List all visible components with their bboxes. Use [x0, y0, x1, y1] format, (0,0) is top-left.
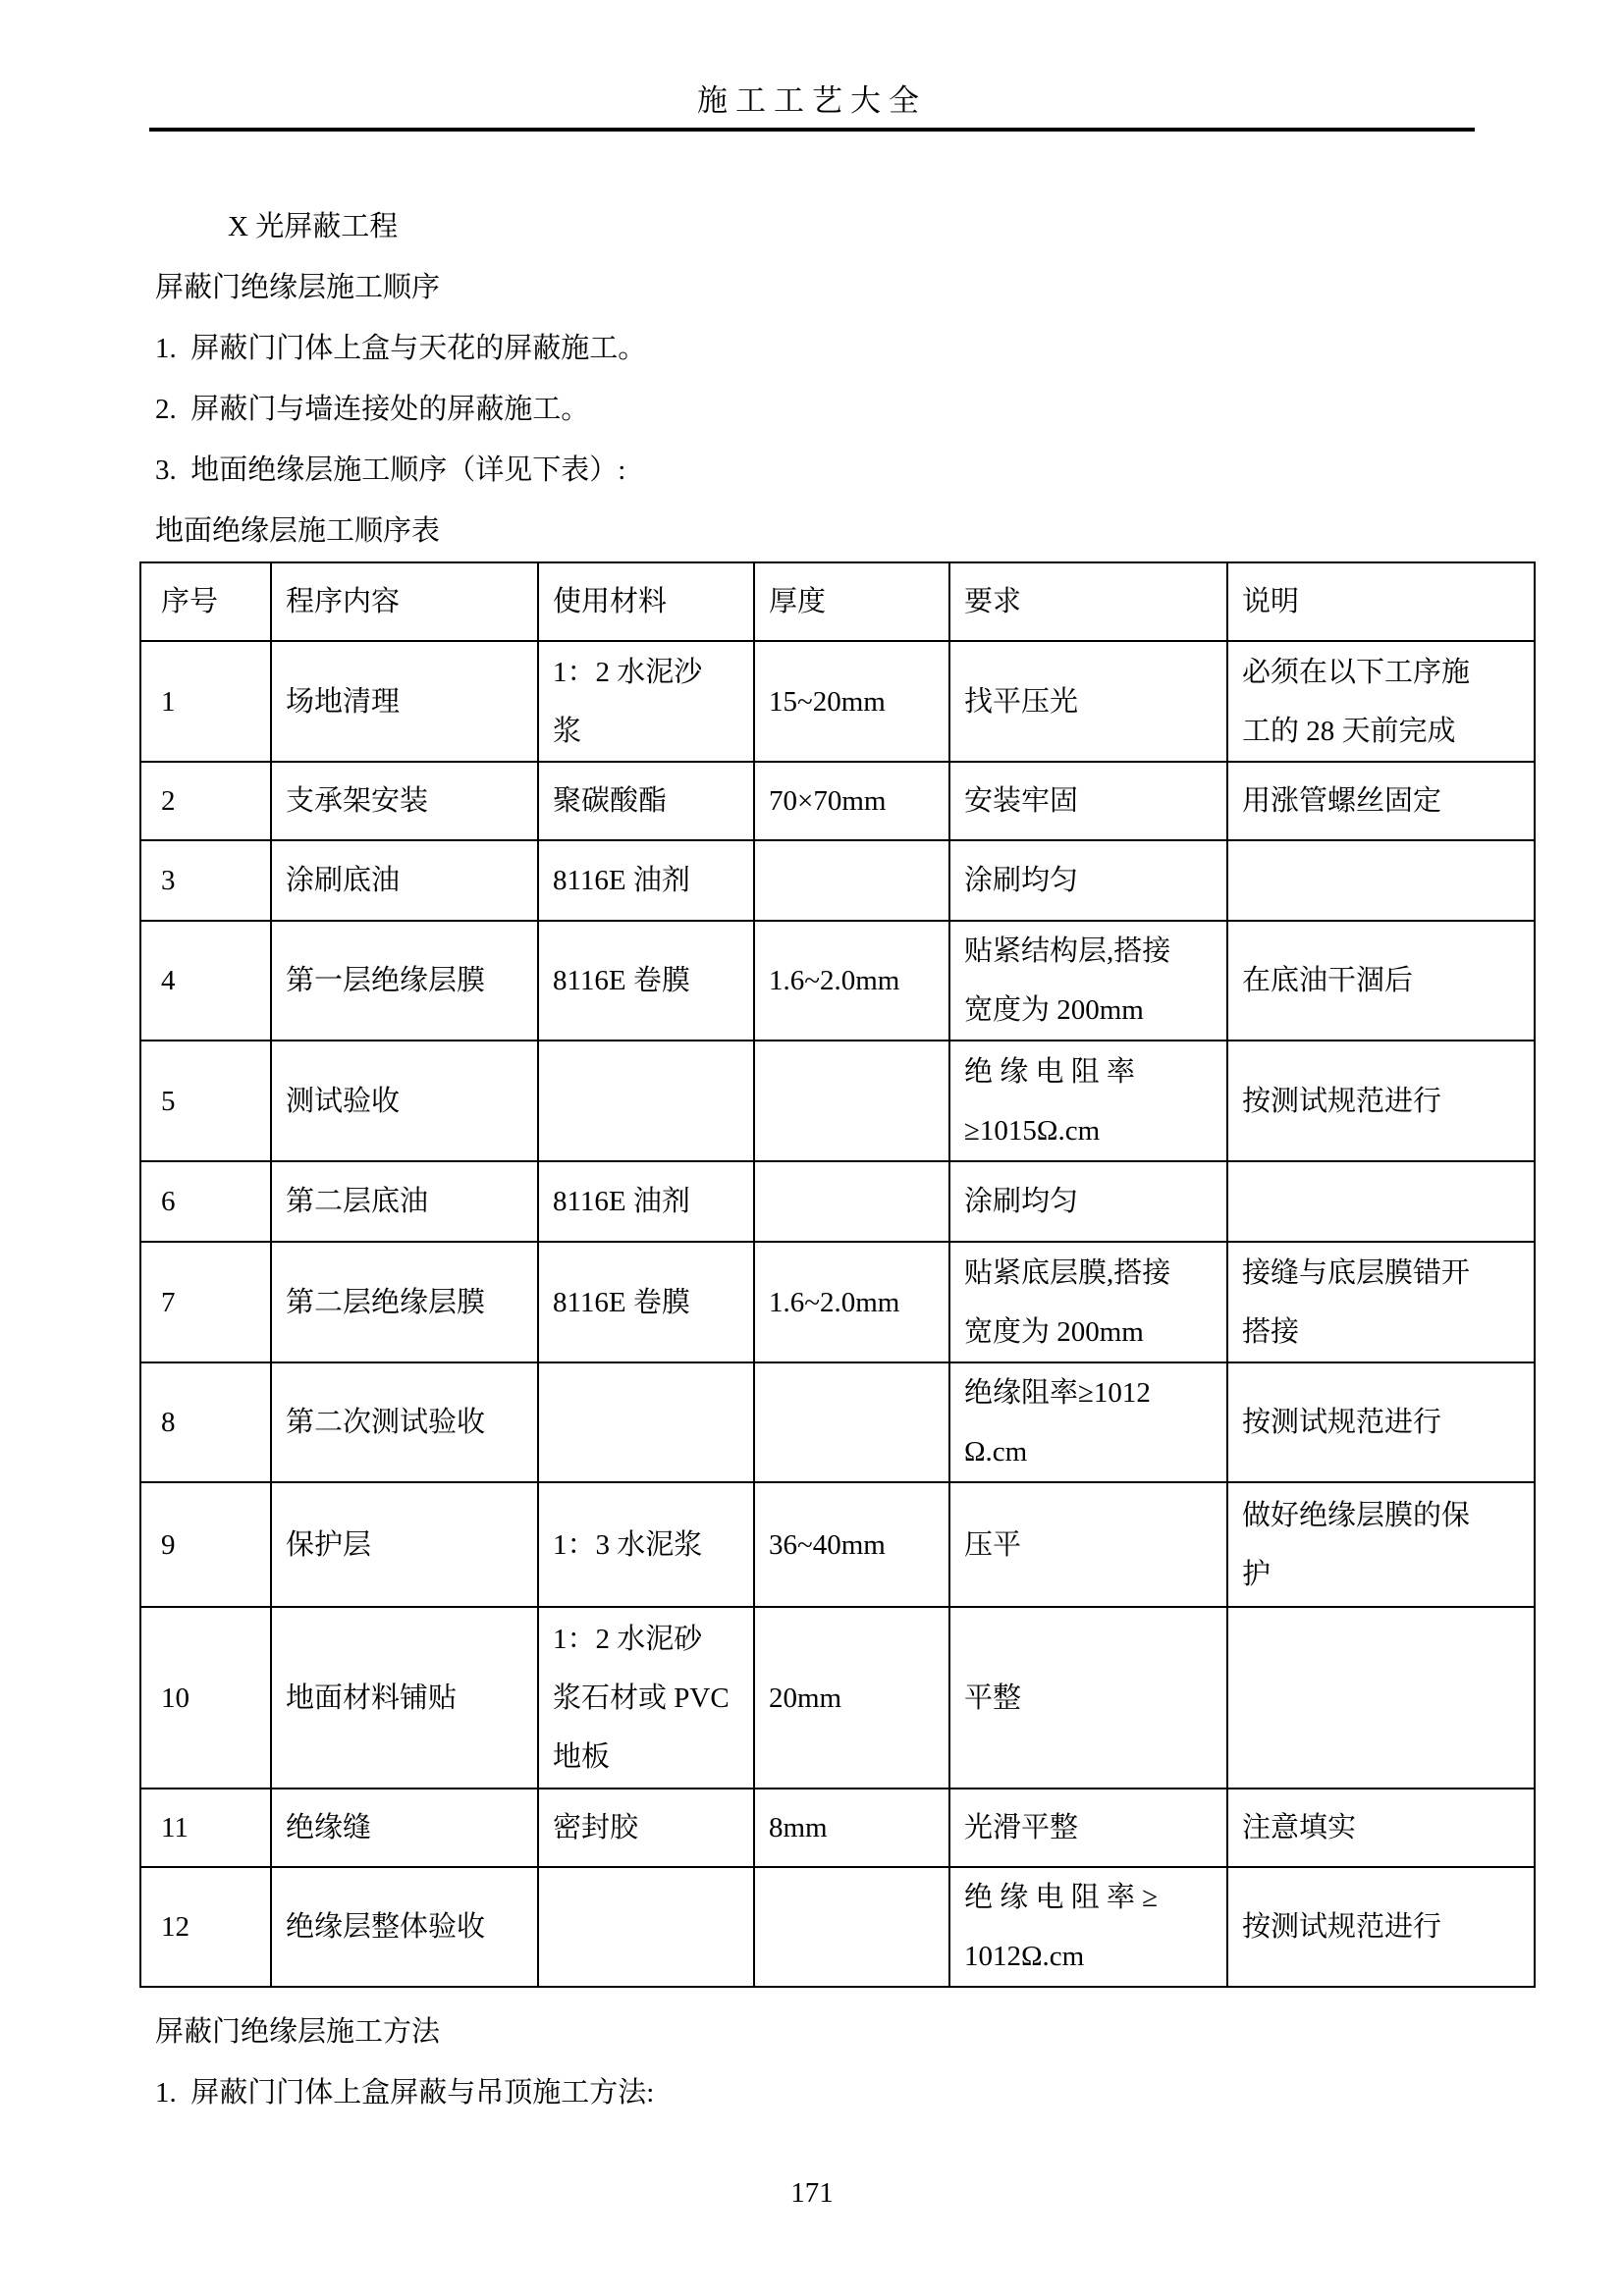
- page-header-title: 施工工艺大全: [149, 82, 1475, 120]
- table-row: 10地面材料铺贴1：2 水泥砂浆石材或 PVC地板20mm平整: [140, 1607, 1535, 1789]
- table-cell: 第二层绝缘层膜: [271, 1242, 538, 1362]
- construction-sequence-table: 序号程序内容使用材料厚度要求说明 1场地清理1：2 水泥沙浆15~20mm找平压…: [139, 561, 1536, 1988]
- table-cell: 1.6~2.0mm: [754, 1242, 949, 1362]
- table-cell: 1：2 水泥砂浆石材或 PVC地板: [538, 1607, 754, 1789]
- table-cell: 绝缘缝: [271, 1789, 538, 1867]
- section-title: X 光屏蔽工程: [155, 196, 1559, 257]
- table-cell: 支承架安装: [271, 762, 538, 840]
- table-row: 8第二次测试验收绝缘阻率≥1012Ω.cm按测试规范进行: [140, 1362, 1535, 1482]
- table-cell: 第二层底油: [271, 1161, 538, 1242]
- column-header: 说明: [1227, 562, 1535, 641]
- table-cell: 8: [140, 1362, 271, 1482]
- table-row: 1场地清理1：2 水泥沙浆15~20mm找平压光必须在以下工序施工的 28 天前…: [140, 641, 1535, 762]
- table-row: 12绝缘层整体验收绝 缘 电 阻 率 ≥1012Ω.cm按测试规范进行: [140, 1867, 1535, 1987]
- table-cell: 2: [140, 762, 271, 840]
- table-cell: [538, 1041, 754, 1161]
- table-cell: 1：2 水泥沙浆: [538, 641, 754, 762]
- table-cell: 8116E 油剂: [538, 840, 754, 921]
- column-header: 使用材料: [538, 562, 754, 641]
- table-cell: 1: [140, 641, 271, 762]
- table-cell: 涂刷均匀: [949, 840, 1227, 921]
- table-cell: 贴紧底层膜,搭接宽度为 200mm: [949, 1242, 1227, 1362]
- table-row: 3涂刷底油8116E 油剂涂刷均匀: [140, 840, 1535, 921]
- table-cell: 6: [140, 1161, 271, 1242]
- table-cell: 接缝与底层膜错开搭接: [1227, 1242, 1535, 1362]
- table-cell: 用涨管螺丝固定: [1227, 762, 1535, 840]
- table-cell: 压平: [949, 1482, 1227, 1607]
- table-cell: [1227, 1607, 1535, 1789]
- table-cell: [538, 1867, 754, 1987]
- table-cell: 20mm: [754, 1607, 949, 1789]
- table-cell: 9: [140, 1482, 271, 1607]
- table-cell: [754, 1867, 949, 1987]
- table-cell: 地面材料铺贴: [271, 1607, 538, 1789]
- table-cell: 贴紧结构层,搭接宽度为 200mm: [949, 921, 1227, 1041]
- table-cell: 8mm: [754, 1789, 949, 1867]
- table-cell: 70×70mm: [754, 762, 949, 840]
- document-page: 施工工艺大全 X 光屏蔽工程 屏蔽门绝缘层施工顺序 1. 屏蔽门门体上盒与天花的…: [0, 0, 1623, 2296]
- table-row: 11绝缘缝密封胶8mm光滑平整注意填实: [140, 1789, 1535, 1867]
- column-header: 厚度: [754, 562, 949, 641]
- page-number: 171: [790, 2177, 834, 2209]
- table-cell: 12: [140, 1867, 271, 1987]
- table-cell: 保护层: [271, 1482, 538, 1607]
- table-cell: 5: [140, 1041, 271, 1161]
- table-row: 4第一层绝缘层膜8116E 卷膜1.6~2.0mm贴紧结构层,搭接宽度为 200…: [140, 921, 1535, 1041]
- table-cell: 按测试规范进行: [1227, 1041, 1535, 1161]
- table-cell: 按测试规范进行: [1227, 1867, 1535, 1987]
- table-cell: 密封胶: [538, 1789, 754, 1867]
- table-cell: [754, 840, 949, 921]
- table-cell: 绝 缘 电 阻 率 ≥1012Ω.cm: [949, 1867, 1227, 1987]
- column-header: 要求: [949, 562, 1227, 641]
- table-caption: 地面绝缘层施工顺序表: [155, 501, 1559, 561]
- table-cell: 4: [140, 921, 271, 1041]
- table-cell: [1227, 840, 1535, 921]
- table-cell: [754, 1041, 949, 1161]
- table-cell: 涂刷底油: [271, 840, 538, 921]
- table-cell: [754, 1362, 949, 1482]
- header-rule: [149, 128, 1475, 132]
- table-cell: 绝缘阻率≥1012Ω.cm: [949, 1362, 1227, 1482]
- table-cell: 场地清理: [271, 641, 538, 762]
- table-cell: 10: [140, 1607, 271, 1789]
- table-cell: 3: [140, 840, 271, 921]
- column-header: 程序内容: [271, 562, 538, 641]
- table-cell: 平整: [949, 1607, 1227, 1789]
- table-cell: 绝缘层整体验收: [271, 1867, 538, 1987]
- method-item-1: 1. 屏蔽门门体上盒屏蔽与吊顶施工方法:: [155, 2062, 1559, 2123]
- table-cell: 第二次测试验收: [271, 1362, 538, 1482]
- page-footer: 171: [149, 2177, 1475, 2210]
- table-cell: 1.6~2.0mm: [754, 921, 949, 1041]
- table-cell: 8116E 卷膜: [538, 921, 754, 1041]
- table-row: 6第二层底油8116E 油剂涂刷均匀: [140, 1161, 1535, 1242]
- table-cell: 在底油干涸后: [1227, 921, 1535, 1041]
- table-header-row: 序号程序内容使用材料厚度要求说明: [140, 562, 1535, 641]
- table-cell: 按测试规范进行: [1227, 1362, 1535, 1482]
- table-row: 9保护层1：3 水泥浆36~40mm压平做好绝缘层膜的保护: [140, 1482, 1535, 1607]
- list-item-1: 1. 屏蔽门门体上盒与天花的屏蔽施工。: [155, 318, 1559, 379]
- table-cell: 8116E 卷膜: [538, 1242, 754, 1362]
- table-cell: 1：3 水泥浆: [538, 1482, 754, 1607]
- table-row: 2支承架安装聚碳酸酯70×70mm安装牢固用涨管螺丝固定: [140, 762, 1535, 840]
- table-cell: [754, 1161, 949, 1242]
- table-cell: 涂刷均匀: [949, 1161, 1227, 1242]
- table-cell: 36~40mm: [754, 1482, 949, 1607]
- table-cell: 8116E 油剂: [538, 1161, 754, 1242]
- table-cell: 聚碳酸酯: [538, 762, 754, 840]
- table-cell: 注意填实: [1227, 1789, 1535, 1867]
- table-cell: 7: [140, 1242, 271, 1362]
- table-cell: [1227, 1161, 1535, 1242]
- table-cell: 必须在以下工序施工的 28 天前完成: [1227, 641, 1535, 762]
- table-cell: 11: [140, 1789, 271, 1867]
- list-item-2: 2. 屏蔽门与墙连接处的屏蔽施工。: [155, 379, 1559, 440]
- table-cell: 做好绝缘层膜的保护: [1227, 1482, 1535, 1607]
- table-cell: 安装牢固: [949, 762, 1227, 840]
- document-body: X 光屏蔽工程 屏蔽门绝缘层施工顺序 1. 屏蔽门门体上盒与天花的屏蔽施工。 2…: [155, 196, 1559, 2123]
- table-cell: 测试验收: [271, 1041, 538, 1161]
- table-cell: 绝 缘 电 阻 率≥1015Ω.cm: [949, 1041, 1227, 1161]
- list-item-3: 3. 地面绝缘层施工顺序（详见下表）:: [155, 440, 1559, 501]
- table-row: 7第二层绝缘层膜8116E 卷膜1.6~2.0mm贴紧底层膜,搭接宽度为 200…: [140, 1242, 1535, 1362]
- table-cell: 第一层绝缘层膜: [271, 921, 538, 1041]
- table-cell: 找平压光: [949, 641, 1227, 762]
- table-cell: [538, 1362, 754, 1482]
- table-row: 5测试验收绝 缘 电 阻 率≥1015Ω.cm按测试规范进行: [140, 1041, 1535, 1161]
- table-cell: 光滑平整: [949, 1789, 1227, 1867]
- intro-paragraph: 屏蔽门绝缘层施工顺序: [155, 257, 1559, 318]
- column-header: 序号: [140, 562, 271, 641]
- table-cell: 15~20mm: [754, 641, 949, 762]
- method-heading: 屏蔽门绝缘层施工方法: [155, 2002, 1559, 2062]
